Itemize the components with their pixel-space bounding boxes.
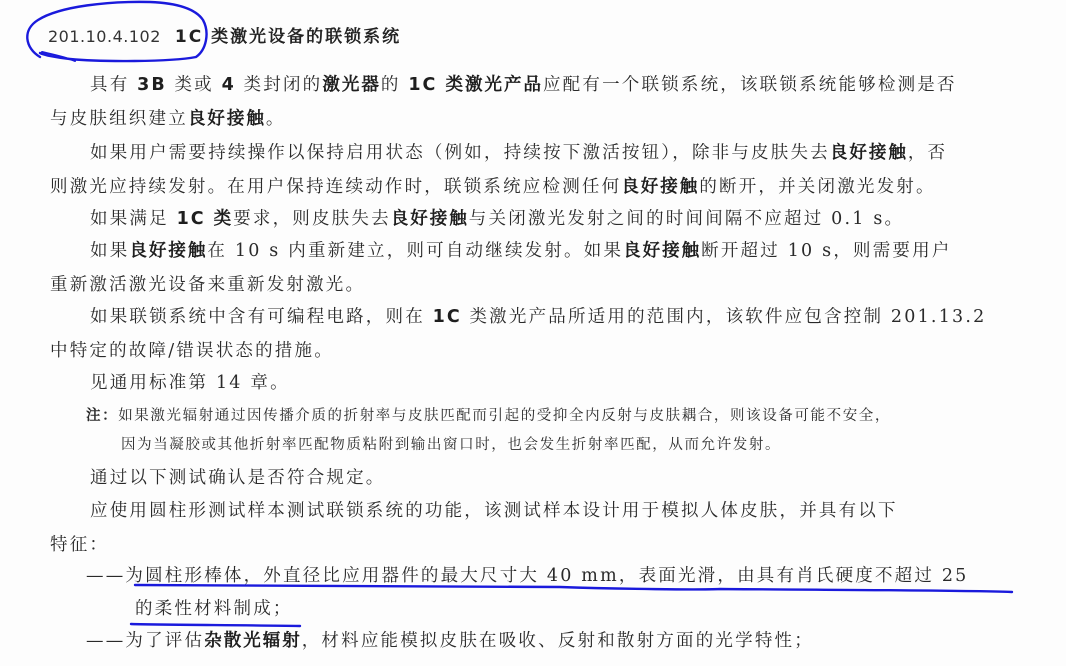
note-text: 如果激光辐射通过因传播介质的折射率与皮肤匹配而引起的受抑全内反射与皮肤耦合，则该… [118, 408, 891, 424]
text-run: 断开超过 10 s，则需要用户 [701, 241, 951, 261]
compliance-statement: 通过以下测试确认是否符合规定。 [90, 467, 386, 489]
defined-term: 良好接触 [391, 209, 469, 229]
text-run: 类或 [167, 75, 222, 95]
paragraph-p4-line: 如果良好接触在 10 s 内重新建立，则可自动继续发射。如果良好接触断开超过 1… [90, 240, 952, 262]
defined-term: 3B [137, 75, 167, 95]
note-line: 因为当凝胶或其他折射率匹配物质粘附到输出窗口时，也会发生折射率匹配，从而允许发射… [121, 434, 781, 456]
text-run: 要求，则皮肤失去 [233, 209, 391, 229]
text-run: 的 [381, 75, 408, 95]
text-run: 见通用标准第 14 章。 [90, 373, 290, 393]
section-title: 1C 类激光设备的联锁系统 [175, 27, 401, 47]
paragraph-p3-line: 如果满足 1C 类要求，则皮肤失去良好接触与关闭激光发射之间的时间间隔不应超过 … [90, 208, 904, 230]
defined-term: 1C 类激光产品 [408, 75, 543, 95]
document-page: 201.10.4.1021C 类激光设备的联锁系统 具有 3B 类或 4 类封闭… [0, 0, 1066, 666]
text-run: 中特定的故障/错误状态的措施。 [50, 341, 334, 361]
paragraph-p6-line: 见通用标准第 14 章。 [90, 372, 290, 394]
text-run: ，否 [908, 143, 947, 163]
text-run: 因为当凝胶或其他折射率匹配物质粘附到输出窗口时，也会发生折射率匹配，从而允许发射… [121, 437, 781, 453]
text-run: 如果满足 [90, 209, 177, 229]
paragraph-p1-line: 具有 3B 类或 4 类封闭的激光器的 1C 类激光产品应配有一个联锁系统，该联… [90, 74, 957, 96]
text-run: 如果用户需要持续操作以保持启用状态（例如，持续按下激活按钮），除非与皮肤失去 [90, 143, 830, 163]
paragraph-p1-line: 与皮肤组织建立良好接触。 [50, 108, 286, 130]
text-run: ，材料应能模拟皮肤在吸收、反射和散射方面的光学特性； [302, 631, 814, 651]
paragraph-p4-line: 重新激活激光设备来重新发射激光。 [50, 274, 365, 296]
note-line: 注：如果激光辐射通过因传播介质的折射率与皮肤匹配而引起的受抑全内反射与皮肤耦合，… [86, 405, 891, 427]
defined-term: 4 [222, 75, 236, 95]
text-run: 特征： [50, 535, 109, 555]
note-label: 注： [86, 408, 118, 424]
ink-underline-annotation-2 [131, 624, 300, 626]
defined-term: 良好接触 [623, 241, 701, 261]
paragraph-p2-line: 如果用户需要持续操作以保持启用状态（例如，持续按下激活按钮），除非与皮肤失去良好… [90, 142, 947, 164]
text-run: 为圆柱形棒体，外直径比应用器件的最大尺寸大 40 mm，表面光滑，由具有肖氏硬度… [125, 566, 968, 586]
defined-term: 1C [433, 307, 462, 327]
list-item-1: ——为圆柱形棒体，外直径比应用器件的最大尺寸大 40 mm，表面光滑，由具有肖氏… [86, 565, 969, 587]
text-run: 与关闭激光发射之间的时间间隔不应超过 0.1 s。 [469, 209, 904, 229]
text-run: 类封闭的 [236, 75, 323, 95]
text-run: 如果联锁系统中含有可编程电路，则在 [90, 307, 433, 327]
defined-term: 良好接触 [188, 109, 266, 129]
text-run: 重新激活激光设备来重新发射激光。 [50, 275, 365, 295]
text-run: 通过以下测试确认是否符合规定。 [90, 468, 386, 488]
paragraph-p2-line: 则激光应持续发射。在用户保持连续动作时，联锁系统应检测任何良好接触的断开，并关闭… [50, 176, 936, 198]
list-item-2: ——为了评估杂散光辐射，材料应能模拟皮肤在吸收、反射和散射方面的光学特性； [86, 630, 814, 652]
text-run: 为了评估 [125, 631, 204, 651]
test-paragraph-line: 应使用圆柱形测试样本测试联锁系统的功能，该测试样本设计用于模拟人体皮肤，并具有以… [90, 500, 898, 522]
text-run: 类激光产品所适用的范围内，该软件应包含控制 201.13.2 [462, 307, 987, 327]
text-run: 具有 [90, 75, 137, 95]
text-run: 与皮肤组织建立 [50, 109, 188, 129]
list-item-1-cont: 的柔性材料制成； [135, 598, 293, 620]
text-run: 的柔性材料制成； [135, 599, 293, 619]
defined-term: 激光器 [322, 75, 381, 95]
paragraph-p5-line: 如果联锁系统中含有可编程电路，则在 1C 类激光产品所适用的范围内，该软件应包含… [90, 306, 986, 328]
text-run: 。 [266, 109, 286, 129]
defined-term: 良好接触 [830, 143, 908, 163]
text-run: 的断开，并关闭激光发射。 [699, 177, 935, 197]
defined-term: 杂散光辐射 [204, 631, 302, 651]
defined-term: 良好接触 [621, 177, 699, 197]
text-run: 在 10 s 内重新建立，则可自动继续发射。如果 [207, 241, 623, 261]
text-run: —— [86, 631, 125, 651]
section-number: 201.10.4.102 [48, 27, 161, 46]
text-run: —— [86, 566, 125, 586]
section-heading: 201.10.4.1021C 类激光设备的联锁系统 [48, 26, 401, 48]
ink-circle-tail [42, 52, 75, 61]
test-paragraph-line: 特征： [50, 534, 109, 556]
text-run: 如果 [90, 241, 129, 261]
text-run: 应使用圆柱形测试样本测试联锁系统的功能，该测试样本设计用于模拟人体皮肤，并具有以… [90, 501, 898, 521]
paragraph-p5-line: 中特定的故障/错误状态的措施。 [50, 340, 334, 362]
text-run: 应配有一个联锁系统，该联锁系统能够检测是否 [543, 75, 957, 95]
defined-term: 1C 类 [177, 209, 234, 229]
defined-term: 良好接触 [129, 241, 207, 261]
text-run: 则激光应持续发射。在用户保持连续动作时，联锁系统应检测任何 [50, 177, 621, 197]
